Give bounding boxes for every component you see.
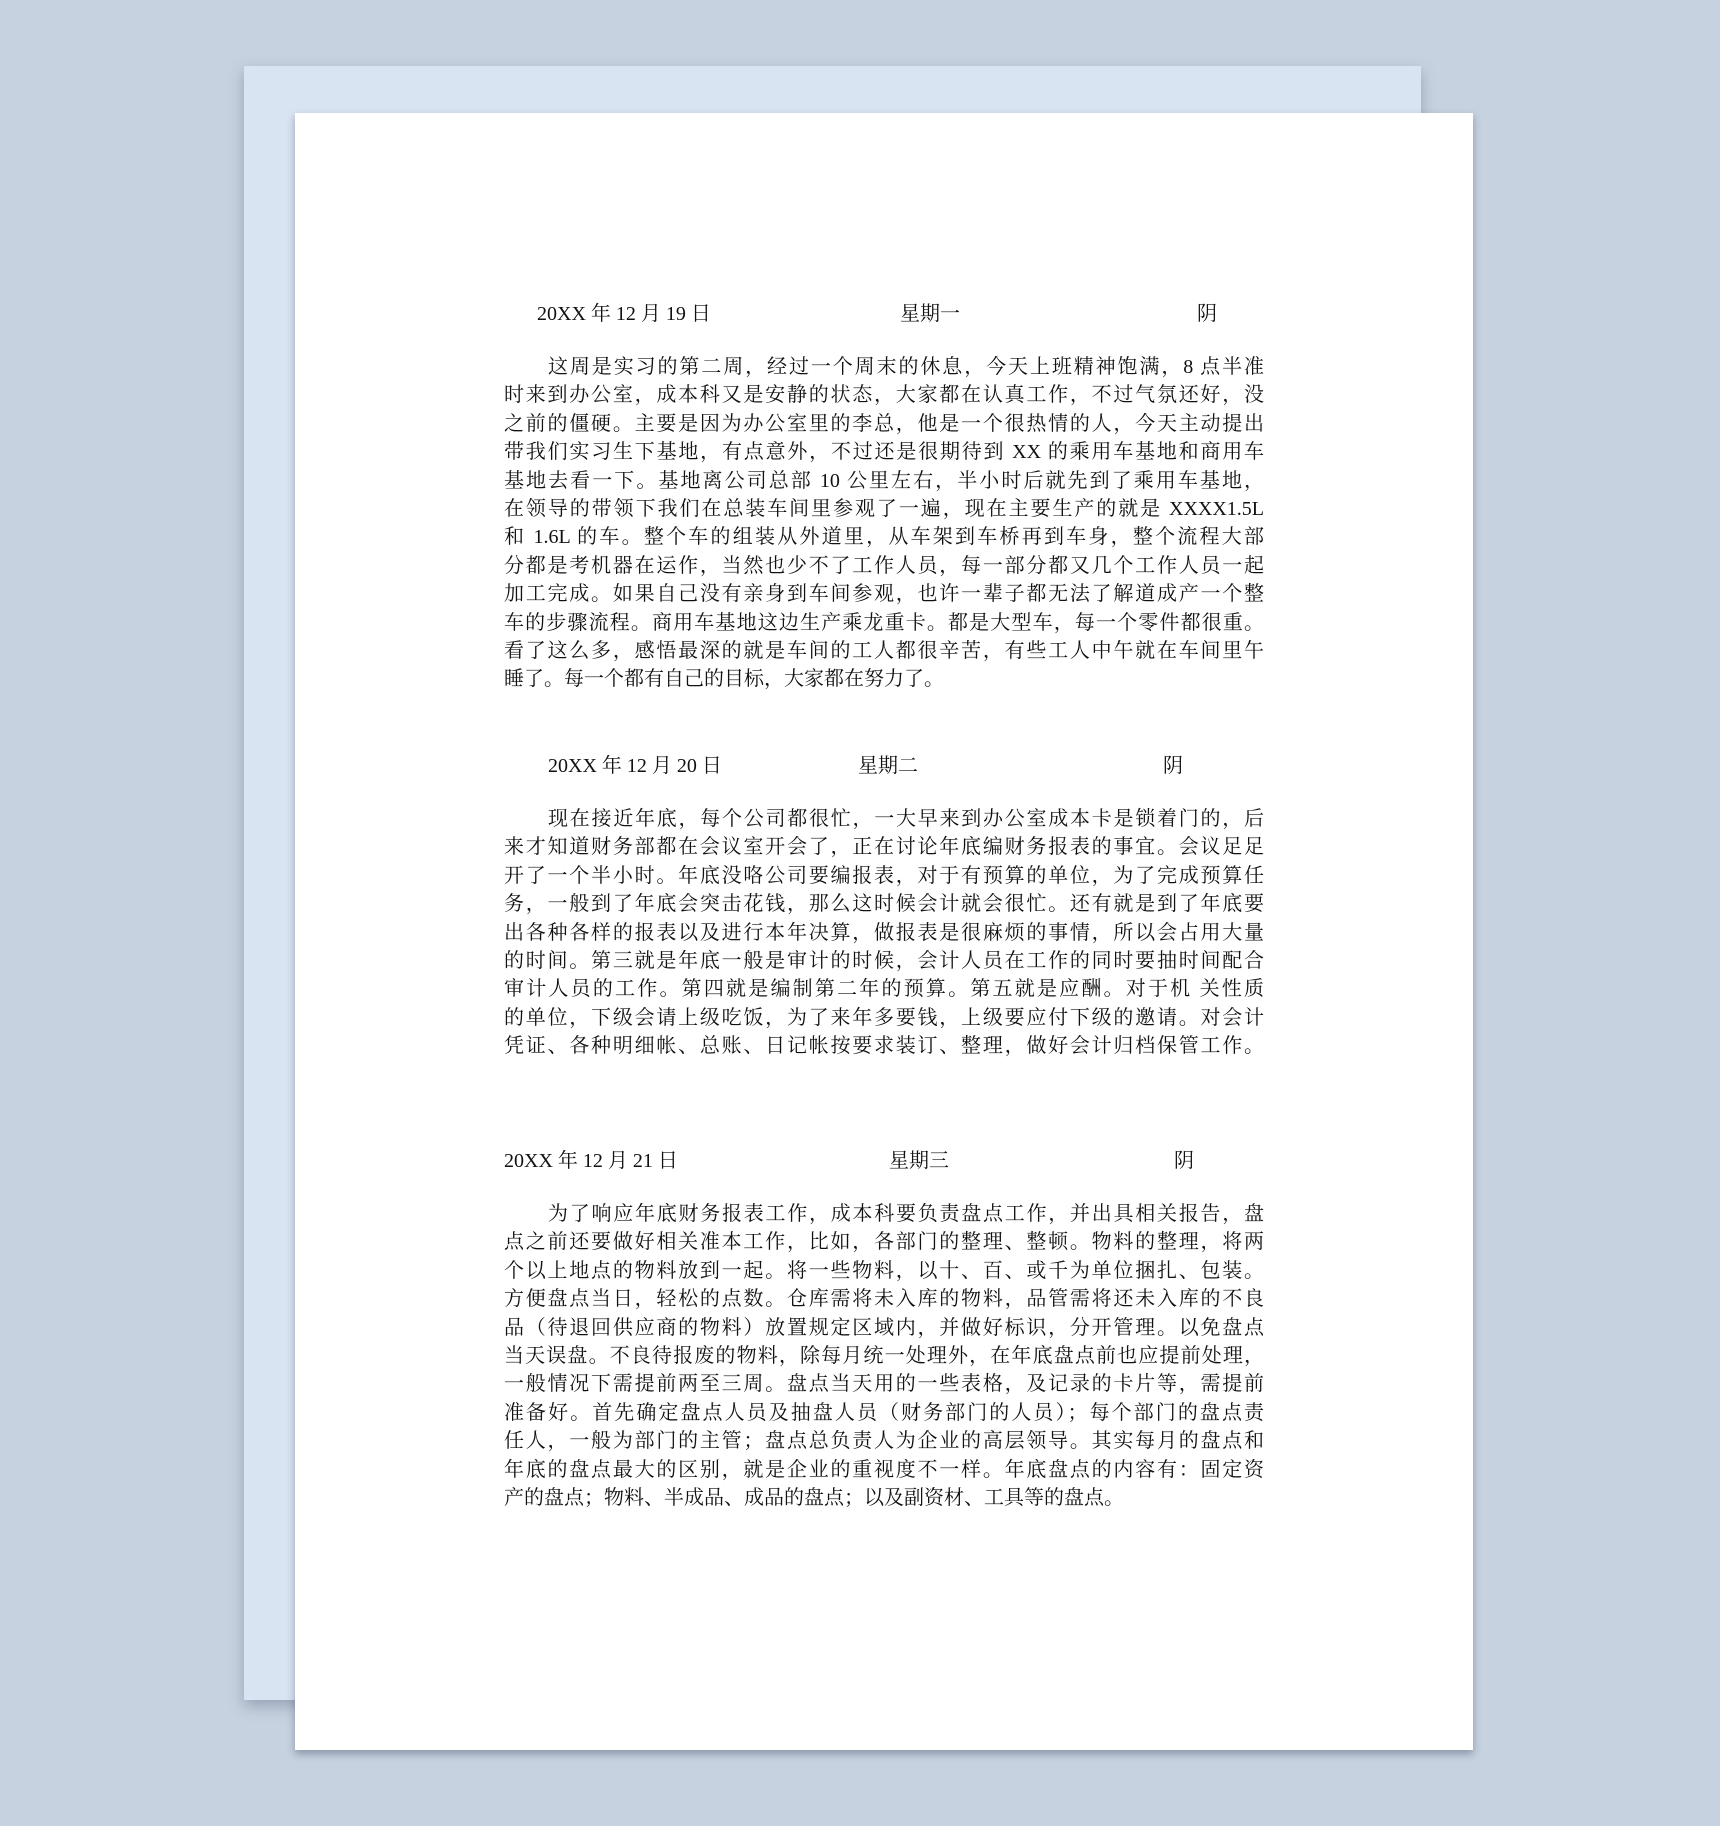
entry-weekday: 星期二 <box>858 751 918 781</box>
entry-weather: 阴 <box>1174 1146 1194 1176</box>
text-line: 在领导的带领下我们在总装车间里参观了一遍，现在主要生产的就是 XXXX1.5L <box>504 495 1264 523</box>
text-line: 点之前还要做好相关准本工作，比如，各部门的整理、整顿。物料的整理，将两 <box>504 1228 1264 1256</box>
entry-heading-2: 20XX 年 12 月 20 日 星期二 阴 <box>295 751 1473 781</box>
text-line: 时来到办公室，成本科又是安静的状态，大家都在认真工作，不过气氛还好，没 <box>504 381 1264 409</box>
text-line: 基地去看一下。基地离公司总部 10 公里左右，半小时后就先到了乘用车基地， <box>504 467 1264 495</box>
text-line: 审计人员的工作。第四就是编制第二年的预算。第五就是应酬。对于机 关性质 <box>504 975 1264 1003</box>
text-line: 的时间。第三就是年底一般是审计的时候，会计人员在工作的同时要抽时间配合 <box>504 947 1264 975</box>
entry-body-1: 这周是实习的第二周，经过一个周末的休息，今天上班精神饱满，8 点半准 时来到办公… <box>504 353 1264 694</box>
entry-date: 20XX 年 12 月 19 日 <box>537 299 711 329</box>
entry-body-3: 为了响应年底财务报表工作，成本科要负责盘点工作，并出具相关报告，盘 点之前还要做… <box>504 1200 1264 1512</box>
text-line: 个以上地点的物料放到一起。将一些物料，以十、百、或千为单位捆扎、包装。 <box>504 1257 1264 1285</box>
text-line: 的单位，下级会请上级吃饭，为了来年多要钱，上级要应付下级的邀请。对会计 <box>504 1004 1264 1032</box>
entry-heading-3: 20XX 年 12 月 21 日 星期三 阴 <box>295 1146 1473 1176</box>
text-line: 带我们实习生下基地，有点意外，不过还是很期待到 XX 的乘用车基地和商用车 <box>504 438 1264 466</box>
entry-date: 20XX 年 12 月 21 日 <box>504 1146 678 1176</box>
text-line: 准备好。首先确定盘点人员及抽盘人员（财务部门的人员）；每个部门的盘点责 <box>504 1399 1264 1427</box>
text-line: 之前的僵硬。主要是因为办公室里的李总，他是一个很热情的人，今天主动提出 <box>504 410 1264 438</box>
text-line: 睡了。每一个都有自己的目标，大家都在努力了。 <box>504 665 1264 693</box>
text-line: 加工完成。如果自己没有亲身到车间参观，也许一辈子都无法了解道成产一个整 <box>504 580 1264 608</box>
text-line: 任人，一般为部门的主管；盘点总负责人为企业的高层领导。其实每月的盘点和 <box>504 1427 1264 1455</box>
text-line: 品（待退回供应商的物料）放置规定区域内，并做好标识，分开管理。以免盘点 <box>504 1314 1264 1342</box>
text-line: 和 1.6L 的车。整个车的组装从外道里，从车架到车桥再到车身，整个流程大部 <box>504 523 1264 551</box>
text-line: 当天误盘。不良待报废的物料，除每月统一处理外，在年底盘点前也应提前处理， <box>504 1342 1264 1370</box>
text-line: 出各种各样的报表以及进行本年决算，做报表是很麻烦的事情，所以会占用大量 <box>504 919 1264 947</box>
text-line: 现在接近年底，每个公司都很忙，一大早来到办公室成本卡是锁着门的，后 <box>504 805 1264 833</box>
text-line: 来才知道财务部都在会议室开会了，正在讨论年底编财务报表的事宜。会议足足 <box>504 833 1264 861</box>
entry-heading-1: 20XX 年 12 月 19 日 星期一 阴 <box>295 299 1473 329</box>
text-line: 年底的盘点最大的区别，就是企业的重视度不一样。年底盘点的内容有：固定资 <box>504 1456 1264 1484</box>
text-line: 为了响应年底财务报表工作，成本科要负责盘点工作，并出具相关报告，盘 <box>504 1200 1264 1228</box>
entry-weather: 阴 <box>1163 751 1183 781</box>
text-line: 看了这么多，感悟最深的就是车间的工人都很辛苦，有些工人中午就在车间里午 <box>504 637 1264 665</box>
entry-weekday: 星期一 <box>900 299 960 329</box>
entry-date: 20XX 年 12 月 20 日 <box>548 751 722 781</box>
text-line: 凭证、各种明细帐、总账、日记帐按要求装订、整理，做好会计归档保管工作。 <box>504 1032 1264 1060</box>
text-line: 方便盘点当日，轻松的点数。仓库需将未入库的物料，品管需将还未入库的不良 <box>504 1285 1264 1313</box>
document-page: 20XX 年 12 月 19 日 星期一 阴 这周是实习的第二周，经过一个周末的… <box>295 113 1473 1750</box>
text-line: 产的盘点；物料、半成品、成品的盘点；以及副资材、工具等的盘点。 <box>504 1484 1264 1512</box>
entry-weekday: 星期三 <box>889 1146 949 1176</box>
text-line: 车的步骤流程。商用车基地这边生产乘龙重卡。都是大型车，每一个零件都很重。 <box>504 609 1264 637</box>
entry-weather: 阴 <box>1197 299 1217 329</box>
entry-body-2: 现在接近年底，每个公司都很忙，一大早来到办公室成本卡是锁着门的，后 来才知道财务… <box>504 805 1264 1061</box>
text-line: 务，一般到了年底会突击花钱，那么这时候会计就会很忙。还有就是到了年底要 <box>504 890 1264 918</box>
text-line: 一般情况下需提前两至三周。盘点当天用的一些表格，及记录的卡片等，需提前 <box>504 1370 1264 1398</box>
text-line: 这周是实习的第二周，经过一个周末的休息，今天上班精神饱满，8 点半准 <box>504 353 1264 381</box>
text-line: 分都是考机器在运作，当然也少不了工作人员，每一部分都又几个工作人员一起 <box>504 552 1264 580</box>
text-line: 开了一个半小时。年底没咯公司要编报表，对于有预算的单位，为了完成预算任 <box>504 862 1264 890</box>
